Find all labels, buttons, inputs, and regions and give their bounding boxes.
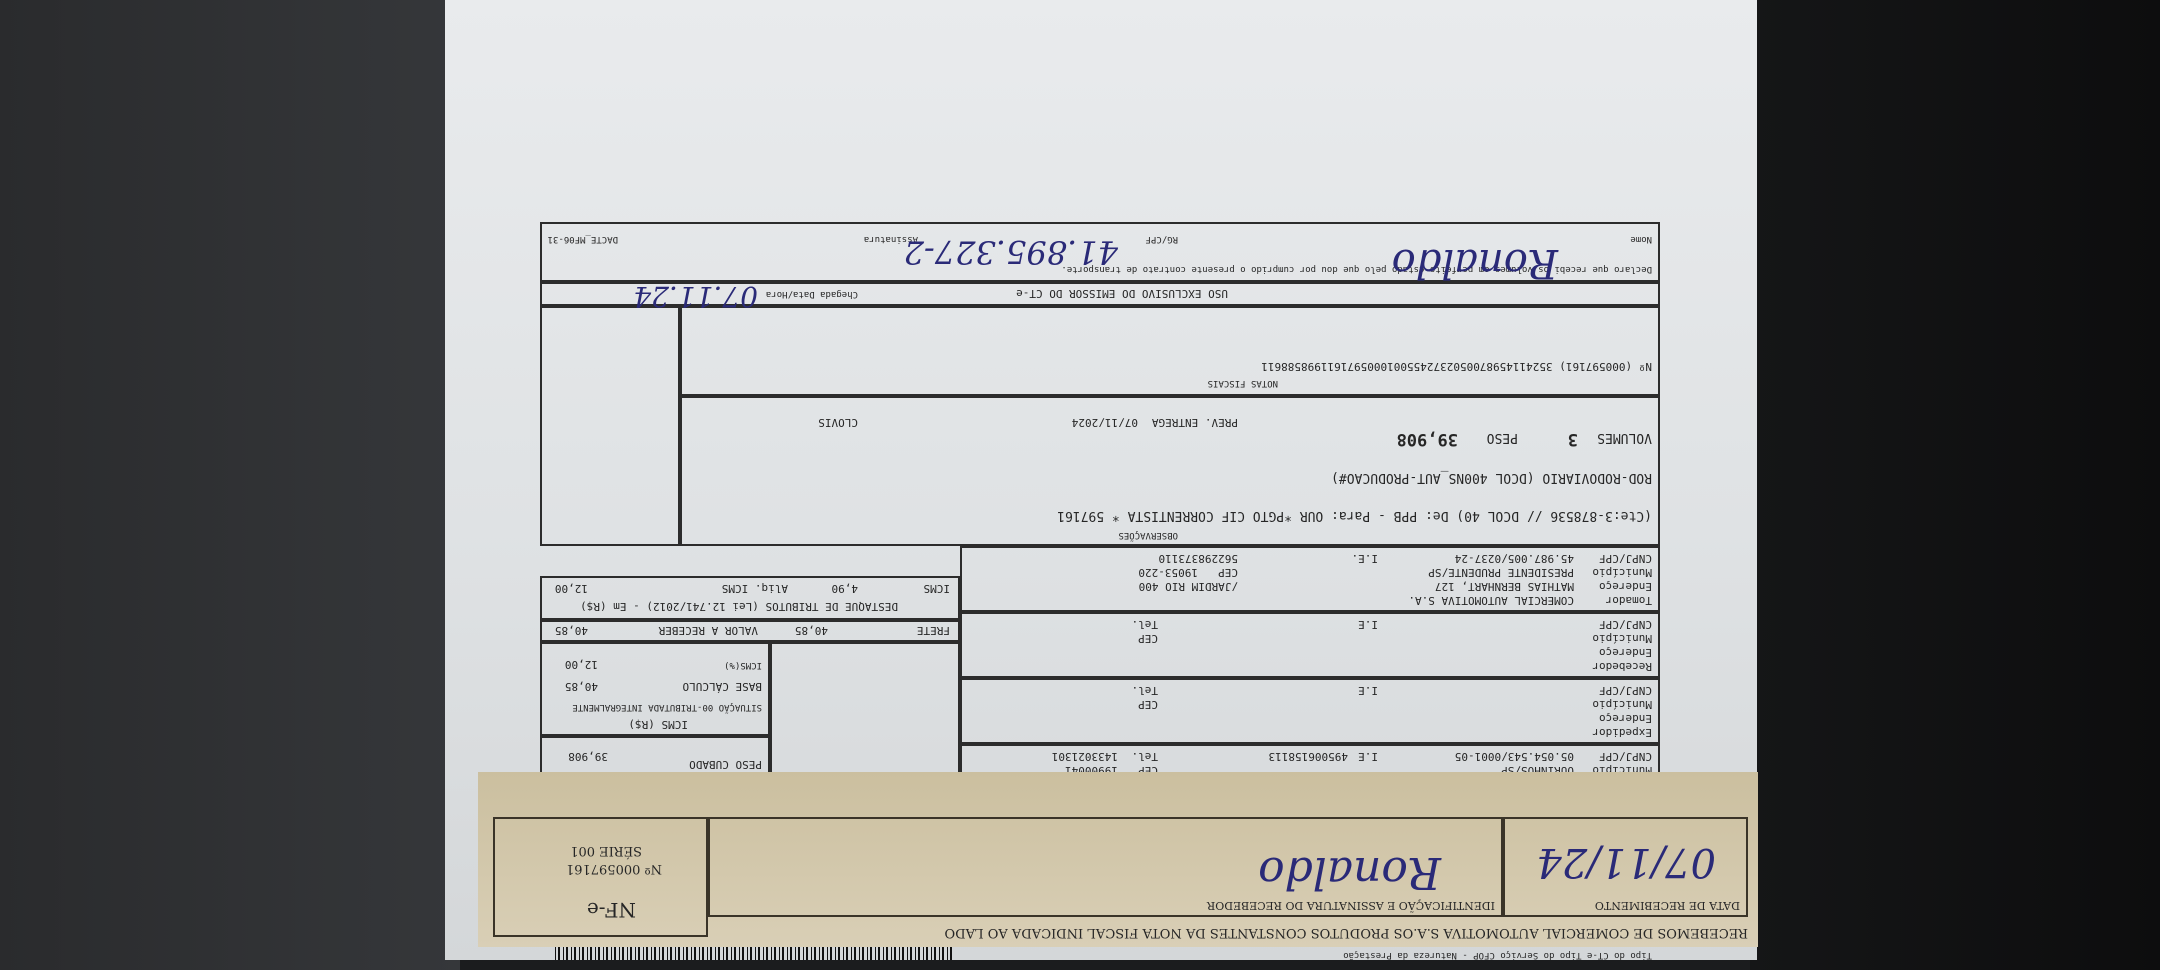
icms-base-label: BASE CÁLCULO: [683, 679, 762, 692]
tributos-box: DESTAQUE DE TRIBUTOS (Lei 12.741/2012) -…: [540, 576, 960, 620]
canhoto-nfe-numero: Nº 000597161: [566, 860, 662, 875]
canhoto-nfe-box: NF-e Nº 000597161 SÉRIE 001: [493, 817, 708, 937]
background-left: [0, 0, 460, 970]
blank-side-box: [540, 306, 680, 546]
valor-receber: 40,85: [555, 623, 588, 636]
icms-aliq-label: ICMS(%): [724, 660, 762, 670]
observacoes-box: OBSERVAÇÕES (Cte:3-878536 // DCOL 40) De…: [680, 396, 1660, 546]
prev-entrega-label: PREV. ENTREGA: [1152, 415, 1238, 428]
carga-volumes: 3: [1568, 428, 1578, 448]
motorista: CLOVIS: [818, 415, 858, 428]
uso-exclusivo-header: USO EXCLUSIVO DO EMISSOR DO CT-e: [1016, 286, 1228, 299]
handwritten-rg: 41.895.327-2: [904, 233, 1118, 270]
notas-fiscais-box: NOTAS FISCAIS Nº (000597161) 35241145987…: [680, 306, 1660, 396]
expedidor-cep-label: CEP: [1138, 697, 1158, 710]
frete-label: FRETE: [917, 623, 950, 636]
carga-peso: 39,908: [1397, 428, 1458, 448]
tributos-aliq-value: 12,00: [555, 581, 588, 594]
notas-fiscais-chave: Nº (000597161) 3524114598700502372455001…: [1261, 359, 1652, 372]
tomador-cep-label: CEP: [1218, 565, 1238, 578]
recebedor-ie-label: I.E: [1358, 617, 1378, 630]
destinatario-cnpj-label: CNPJ/CPF: [1599, 749, 1652, 762]
expedidor-tel-label: Tel.: [1132, 683, 1159, 696]
declaracao-box: Declaro que recebi os volumes em perfeit…: [540, 222, 1660, 282]
icms-box: ICMS (R$) SITUAÇÃO 00-TRIBUTADA INTEGRAL…: [540, 642, 770, 736]
destinatario-tel: 1433021301: [1052, 749, 1118, 762]
background-right: [1750, 0, 2160, 970]
frete-total: 40,85: [795, 623, 828, 636]
nome-label: Nome: [1630, 234, 1652, 244]
tomador-nome: COMERCIAL AUTOMOTIVA S.A.: [1408, 593, 1574, 606]
icms-header: ICMS (R$): [628, 717, 688, 730]
tomador-cep: 19053-220: [1138, 565, 1198, 578]
expedidor-endereco-label: Endereço: [1599, 711, 1652, 724]
recebedor-cep-label: CEP: [1138, 631, 1158, 644]
icms-base: 40,85: [565, 679, 598, 692]
destinatario-cnpj: 05.054.543/0001-05: [1455, 749, 1574, 762]
expedidor-cnpj-label: CNPJ/CPF: [1599, 683, 1652, 696]
tomador-label: Tomador: [1606, 593, 1652, 606]
tributos-header: DESTAQUE DE TRIBUTOS (Lei 12.741/2012) -…: [580, 599, 898, 612]
tipo-cte-label: Tipo do CT-e Tipo do Serviço CFOP - Natu…: [1343, 950, 1652, 960]
observacoes-line2: ROD-RODOVIARIO (DCOL 400NS_AUT-PRODUCAO#…: [1331, 469, 1652, 484]
valor-receber-label: VALOR A RECEBER: [659, 623, 758, 636]
tomador-cnpj: 45.987.005/0237-24: [1455, 551, 1574, 564]
tomador-municipio-label: Município: [1592, 565, 1652, 578]
handwritten-chegada: 07.11.24: [633, 280, 758, 312]
expedidor-box: Expedidor Endereço Município CEP CNPJ/CP…: [960, 678, 1660, 744]
canhoto: RECEBEMOS DE COMERCIAL AUTOMOTIVA S.A.OS…: [478, 772, 1758, 947]
canhoto-ident-box: IDENTIFICAÇÃO E ASSINATURA DO RECEBEDOR …: [708, 817, 1503, 917]
handwritten-nome: Ronaldo: [1392, 240, 1558, 286]
form-code: DACTE_MF06-31: [548, 234, 618, 244]
chegada-label: Chegada Data/Hora: [766, 289, 858, 299]
tomador-endereco: MATHIAS BERNHART, 127: [1435, 579, 1574, 592]
tomador-ie-label: I.E.: [1352, 551, 1379, 564]
canhoto-nfe-label: NF-e: [587, 898, 636, 921]
rgcpf-label: RG/CPF: [1145, 234, 1178, 244]
canhoto-data-handwritten: 07/11/24: [1536, 839, 1716, 885]
recebedor-label: Recebedor: [1592, 659, 1652, 672]
recebedor-municipio-label: Município: [1592, 631, 1652, 644]
carga-peso-label: PESO: [1487, 429, 1518, 444]
observacoes-header: OBSERVAÇÕES: [1118, 530, 1178, 540]
tomador-ie: 562298373110: [1159, 551, 1238, 564]
peso-cubado: 39,908: [568, 749, 608, 762]
recebedor-cnpj-label: CNPJ/CPF: [1599, 617, 1652, 630]
destinatario-ie-label: I.E: [1358, 749, 1378, 762]
recebedor-endereco-label: Endereço: [1599, 645, 1652, 658]
observacoes-line1: (Cte:3-878536 // DCOL 40) De: PPB - Para…: [1057, 507, 1652, 522]
canhoto-ident-label: IDENTIFICAÇÃO E ASSINATURA DO RECEBEDOR: [1207, 898, 1495, 911]
tributos-icms-value: 4,90: [832, 581, 859, 594]
expedidor-label: Expedidor: [1592, 725, 1652, 738]
recebedor-box: Recebedor Endereço Município CEP CNPJ/CP…: [960, 612, 1660, 678]
canhoto-nfe-serie: SÉRIE 001: [570, 842, 642, 857]
destinatario-tel-label: Tel.: [1132, 749, 1159, 762]
tomador-municipio: PRESIDENTE PRUDENTE/SP: [1428, 565, 1574, 578]
icms-situacao: SITUAÇÃO 00-TRIBUTADA INTEGRALMENTE: [572, 702, 762, 712]
recebedor-tel-label: Tel.: [1132, 617, 1159, 630]
tomador-endereco-label: Endereço: [1599, 579, 1652, 592]
expedidor-municipio-label: Município: [1592, 697, 1652, 710]
destinatario-ie: 495006158113: [1269, 749, 1348, 762]
notas-fiscais-header: NOTAS FISCAIS: [1208, 378, 1278, 388]
tributos-icms-label: ICMS: [924, 581, 951, 594]
expedidor-ie-label: I.E: [1358, 683, 1378, 696]
tomador-box: Tomador COMERCIAL AUTOMOTIVA S.A. Endere…: [960, 546, 1660, 612]
icms-aliq: 12,00: [565, 657, 598, 670]
prev-entrega: 07/11/2024: [1072, 415, 1138, 428]
carga-volumes-label: VOLUMES: [1597, 429, 1652, 444]
tomador-cnpj-label: CNPJ/CPF: [1599, 551, 1652, 564]
canhoto-ident-handwritten: Ronaldo: [1258, 846, 1441, 897]
tomador-bairro: /JARDIM RIO 400: [1139, 579, 1238, 592]
tributos-aliq-label: Aliq. ICMS: [722, 581, 788, 594]
totais-box: FRETE 40,85 VALOR A RECEBER 40,85: [540, 620, 960, 642]
canhoto-title: RECEBEMOS DE COMERCIAL AUTOMOTIVA S.A.OS…: [945, 924, 1749, 939]
declaracao-text: Declaro que recebi os volumes em perfeit…: [1061, 264, 1652, 274]
canhoto-data-box: DATA DE RECEBIMENTO 07/11/24: [1503, 817, 1748, 917]
peso-cubado-label: PESO CUBADO: [689, 757, 762, 770]
canhoto-data-label: DATA DE RECEBIMENTO: [1595, 898, 1740, 911]
